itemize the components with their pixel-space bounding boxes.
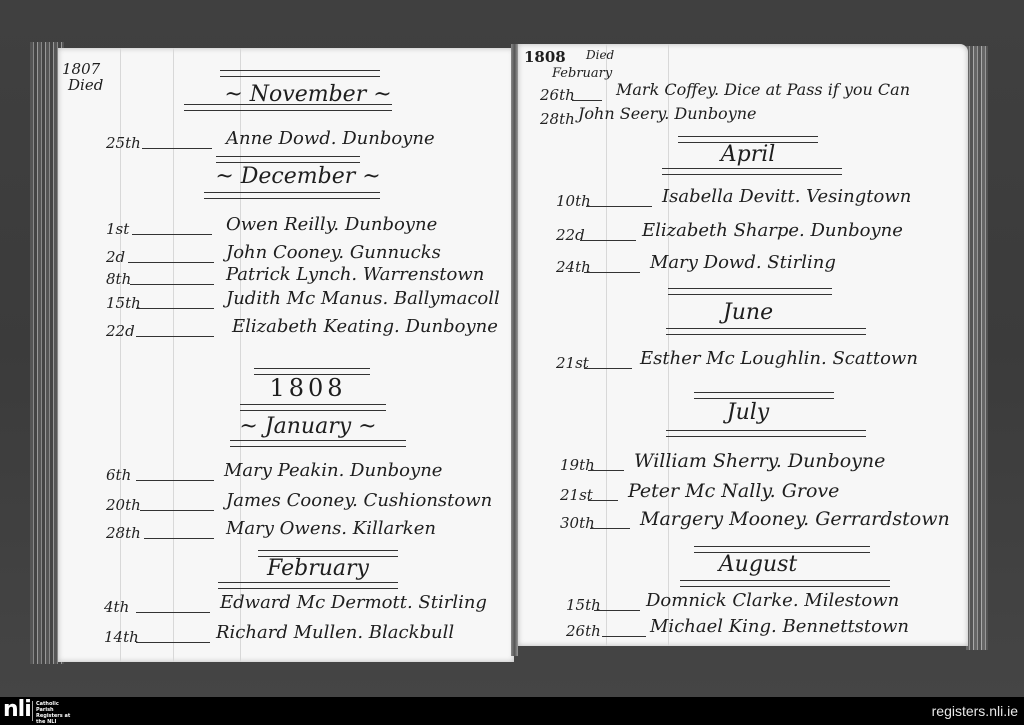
- ruling: [666, 328, 866, 335]
- logo-caption: Catholic Parish Registers at the NLI: [36, 701, 76, 725]
- image-viewer[interactable]: 1807 Died ~ November ~ 25th Anne Dowd. D…: [0, 0, 1024, 697]
- register-entry: 28th John Seery. Dunboyne: [540, 104, 960, 130]
- register-entry: 4th Edward Mc Dermott. Stirling: [104, 592, 504, 618]
- page-label: Died: [586, 48, 614, 63]
- month-heading: ~ December ~: [168, 164, 428, 189]
- register-entry: 30th Margery Mooney. Gerrardstown: [560, 508, 970, 534]
- register-entry: 25th Anne Dowd. Dunboyne: [106, 128, 506, 154]
- ruling: [694, 392, 834, 399]
- month-heading: June: [648, 300, 848, 325]
- month-heading: ~ January ~: [168, 414, 448, 439]
- register-entry: 28th Mary Owens. Killarken: [106, 518, 506, 544]
- register-entry: 22d Elizabeth Keating. Dunboyne: [106, 316, 506, 342]
- site-link[interactable]: registers.nli.ie: [932, 703, 1018, 719]
- register-entry: 10th Isabella Devitt. Vesingtown: [556, 186, 956, 212]
- register-entry: 26th Michael King. Bennettstown: [566, 616, 966, 642]
- nli-logo[interactable]: nli: [3, 699, 31, 721]
- ruling: [668, 288, 832, 295]
- register-page-left: 1807 Died ~ November ~ 25th Anne Dowd. D…: [58, 48, 514, 662]
- register-entry: 21st Esther Mc Loughlin. Scattown: [556, 348, 956, 374]
- page-label: Died: [68, 78, 103, 93]
- ruling: [220, 70, 380, 77]
- register-page-right: 1808 Died February 26th Mark Coffey. Dic…: [518, 44, 968, 646]
- register-entry: 6th Mary Peakin. Dunboyne: [106, 460, 506, 486]
- register-entry: 15th Domnick Clarke. Milestown: [566, 590, 966, 616]
- register-entry: 14th Richard Mullen. Blackbull: [104, 622, 504, 648]
- ruling: [662, 168, 842, 175]
- register-entry: 21st Peter Mc Nally. Grove: [560, 480, 960, 506]
- ruling: [204, 192, 380, 199]
- continued-month: February: [552, 66, 612, 81]
- register-entry: 24th Mary Dowd. Stirling: [556, 252, 956, 278]
- ruling: [216, 156, 360, 163]
- register-entry: 20th James Cooney. Cushionstown: [106, 490, 506, 516]
- footer-bar: nli Catholic Parish Registers at the NLI…: [0, 697, 1024, 725]
- month-heading: April: [648, 142, 848, 167]
- page-year: 1808: [524, 50, 566, 65]
- month-heading: July: [648, 400, 848, 425]
- register-entry: 19th William Sherry. Dunboyne: [560, 450, 960, 476]
- year-heading: 1808: [228, 374, 388, 402]
- register-entry: 8th Patrick Lynch. Warrenstown: [106, 264, 506, 290]
- register-entry: 1st Owen Reilly. Dunboyne: [106, 214, 506, 240]
- book-gutter: [511, 44, 518, 656]
- page-year: 1807: [62, 62, 100, 77]
- book-edge-right: [966, 46, 988, 650]
- register-entry: 15th Judith Mc Manus. Ballymacoll: [106, 288, 506, 314]
- ruling: [218, 582, 398, 589]
- ruling: [240, 404, 386, 411]
- ruling: [666, 430, 866, 437]
- register-entry: 22d Elizabeth Sharpe. Dunboyne: [556, 220, 956, 246]
- ruling: [680, 580, 890, 587]
- month-heading: February: [208, 556, 428, 581]
- register-entry: 26th Mark Coffey. Dice at Pass if you Ca…: [540, 80, 960, 106]
- logo-divider: [32, 701, 33, 721]
- ruling: [230, 440, 406, 447]
- month-heading: August: [648, 552, 868, 577]
- ruling: [184, 104, 392, 111]
